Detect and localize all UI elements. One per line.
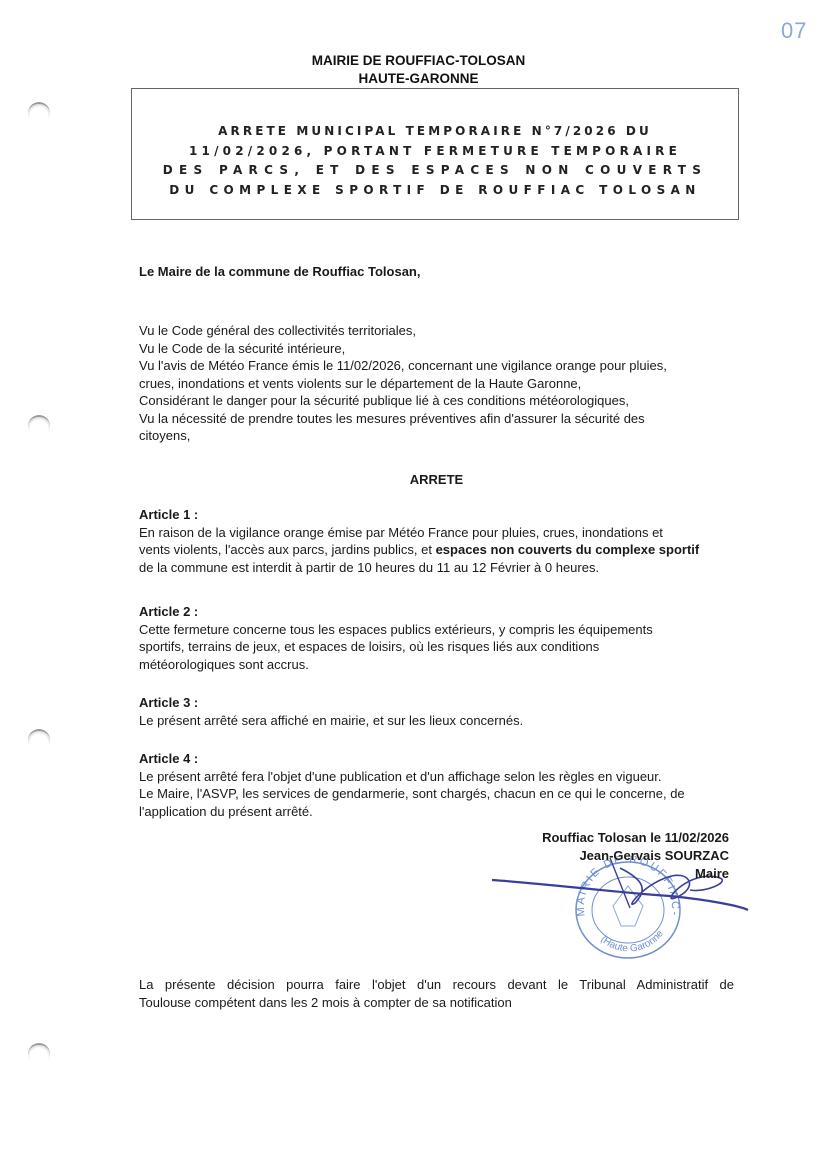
consideration-1: Vu le Code général des collectivités ter… (139, 322, 734, 340)
article-4-title: Article 4 : (139, 750, 734, 768)
article-1-line-3: de la commune est interdit à partir de 1… (139, 559, 734, 577)
consideration-4: crues, inondations et vents violents sur… (139, 375, 734, 393)
article-1-line-1: En raison de la vigilance orange émise p… (139, 524, 734, 542)
article-4: Article 4 : Le présent arrêté fera l'obj… (139, 750, 734, 820)
consideration-6: Vu la nécessité de prendre toutes les me… (139, 410, 734, 428)
signature-block: Rouffiac Tolosan le 11/02/2026 Jean-Gerv… (542, 829, 729, 883)
considerations: Vu le Code général des collectivités ter… (139, 322, 734, 445)
title-box: ARRETE MUNICIPAL TEMPORAIRE N°7/2026 DU … (131, 88, 739, 220)
article-1-line-2-text: vents violents, l'accès aux parcs, jardi… (139, 542, 436, 557)
article-3-title: Article 3 : (139, 694, 734, 712)
footer-line-1: La présente décision pourra faire l'obje… (139, 976, 734, 994)
article-2-title: Article 2 : (139, 603, 734, 621)
signature-role: Maire (542, 865, 729, 883)
article-4-line-1: Le présent arrêté fera l'objet d'une pub… (139, 768, 734, 786)
title-line-2: 11/02/2026, PORTANT FERMETURE TEMPORAIRE (189, 142, 681, 162)
footer-line-2: Toulouse compétent dans les 2 mois à com… (139, 994, 734, 1012)
article-1-emphasis: espaces non couverts du complexe sportif (436, 542, 700, 557)
punch-hole-4 (28, 1043, 50, 1065)
signature-place-date: Rouffiac Tolosan le 11/02/2026 (542, 829, 729, 847)
signature-name: Jean-Gervais SOURZAC (542, 847, 729, 865)
consideration-5: Considérant le danger pour la sécurité p… (139, 392, 734, 410)
page-number: 07 (781, 18, 807, 44)
article-2-line-2: sportifs, terrains de jeux, et espaces d… (139, 638, 734, 656)
title-line-3: DES PARCS, ET DES ESPACES NON COUVERTS (163, 161, 707, 181)
article-2-line-1: Cette fermeture concerne tous les espace… (139, 621, 734, 639)
article-3: Article 3 : Le présent arrêté sera affic… (139, 694, 734, 729)
title-line-4: DU COMPLEXE SPORTIF DE ROUFFIAC TOLOSAN (169, 181, 701, 201)
consideration-7: citoyens, (139, 427, 734, 445)
article-1-line-2: vents violents, l'accès aux parcs, jardi… (139, 541, 734, 559)
intro-line: Le Maire de la commune de Rouffiac Tolos… (139, 263, 734, 281)
header-department: HAUTE-GARONNE (0, 70, 827, 88)
article-2-line-3: météorologiques sont accrus. (139, 656, 734, 674)
article-3-line-1: Le présent arrêté sera affiché en mairie… (139, 712, 734, 730)
punch-hole-2 (28, 415, 50, 437)
consideration-2: Vu le Code de la sécurité intérieure, (139, 340, 734, 358)
article-1: Article 1 : En raison de la vigilance or… (139, 506, 734, 576)
punch-hole-3 (28, 729, 50, 751)
consideration-3: Vu l'avis de Météo France émis le 11/02/… (139, 357, 734, 375)
article-2: Article 2 : Cette fermeture concerne tou… (139, 603, 734, 673)
punch-hole-1 (28, 102, 50, 124)
document-header: MAIRIE DE ROUFFIAC-TOLOSAN HAUTE-GARONNE (0, 52, 827, 88)
article-1-title: Article 1 : (139, 506, 734, 524)
footer-appeal-notice: La présente décision pourra faire l'obje… (139, 976, 734, 1011)
article-4-line-3: l'application du présent arrêté. (139, 803, 734, 821)
arrete-heading: ARRETE (139, 471, 734, 489)
article-4-line-2: Le Maire, l'ASVP, les services de gendar… (139, 785, 734, 803)
title-line-1: ARRETE MUNICIPAL TEMPORAIRE N°7/2026 DU (218, 122, 652, 142)
header-municipality: MAIRIE DE ROUFFIAC-TOLOSAN (0, 52, 827, 70)
